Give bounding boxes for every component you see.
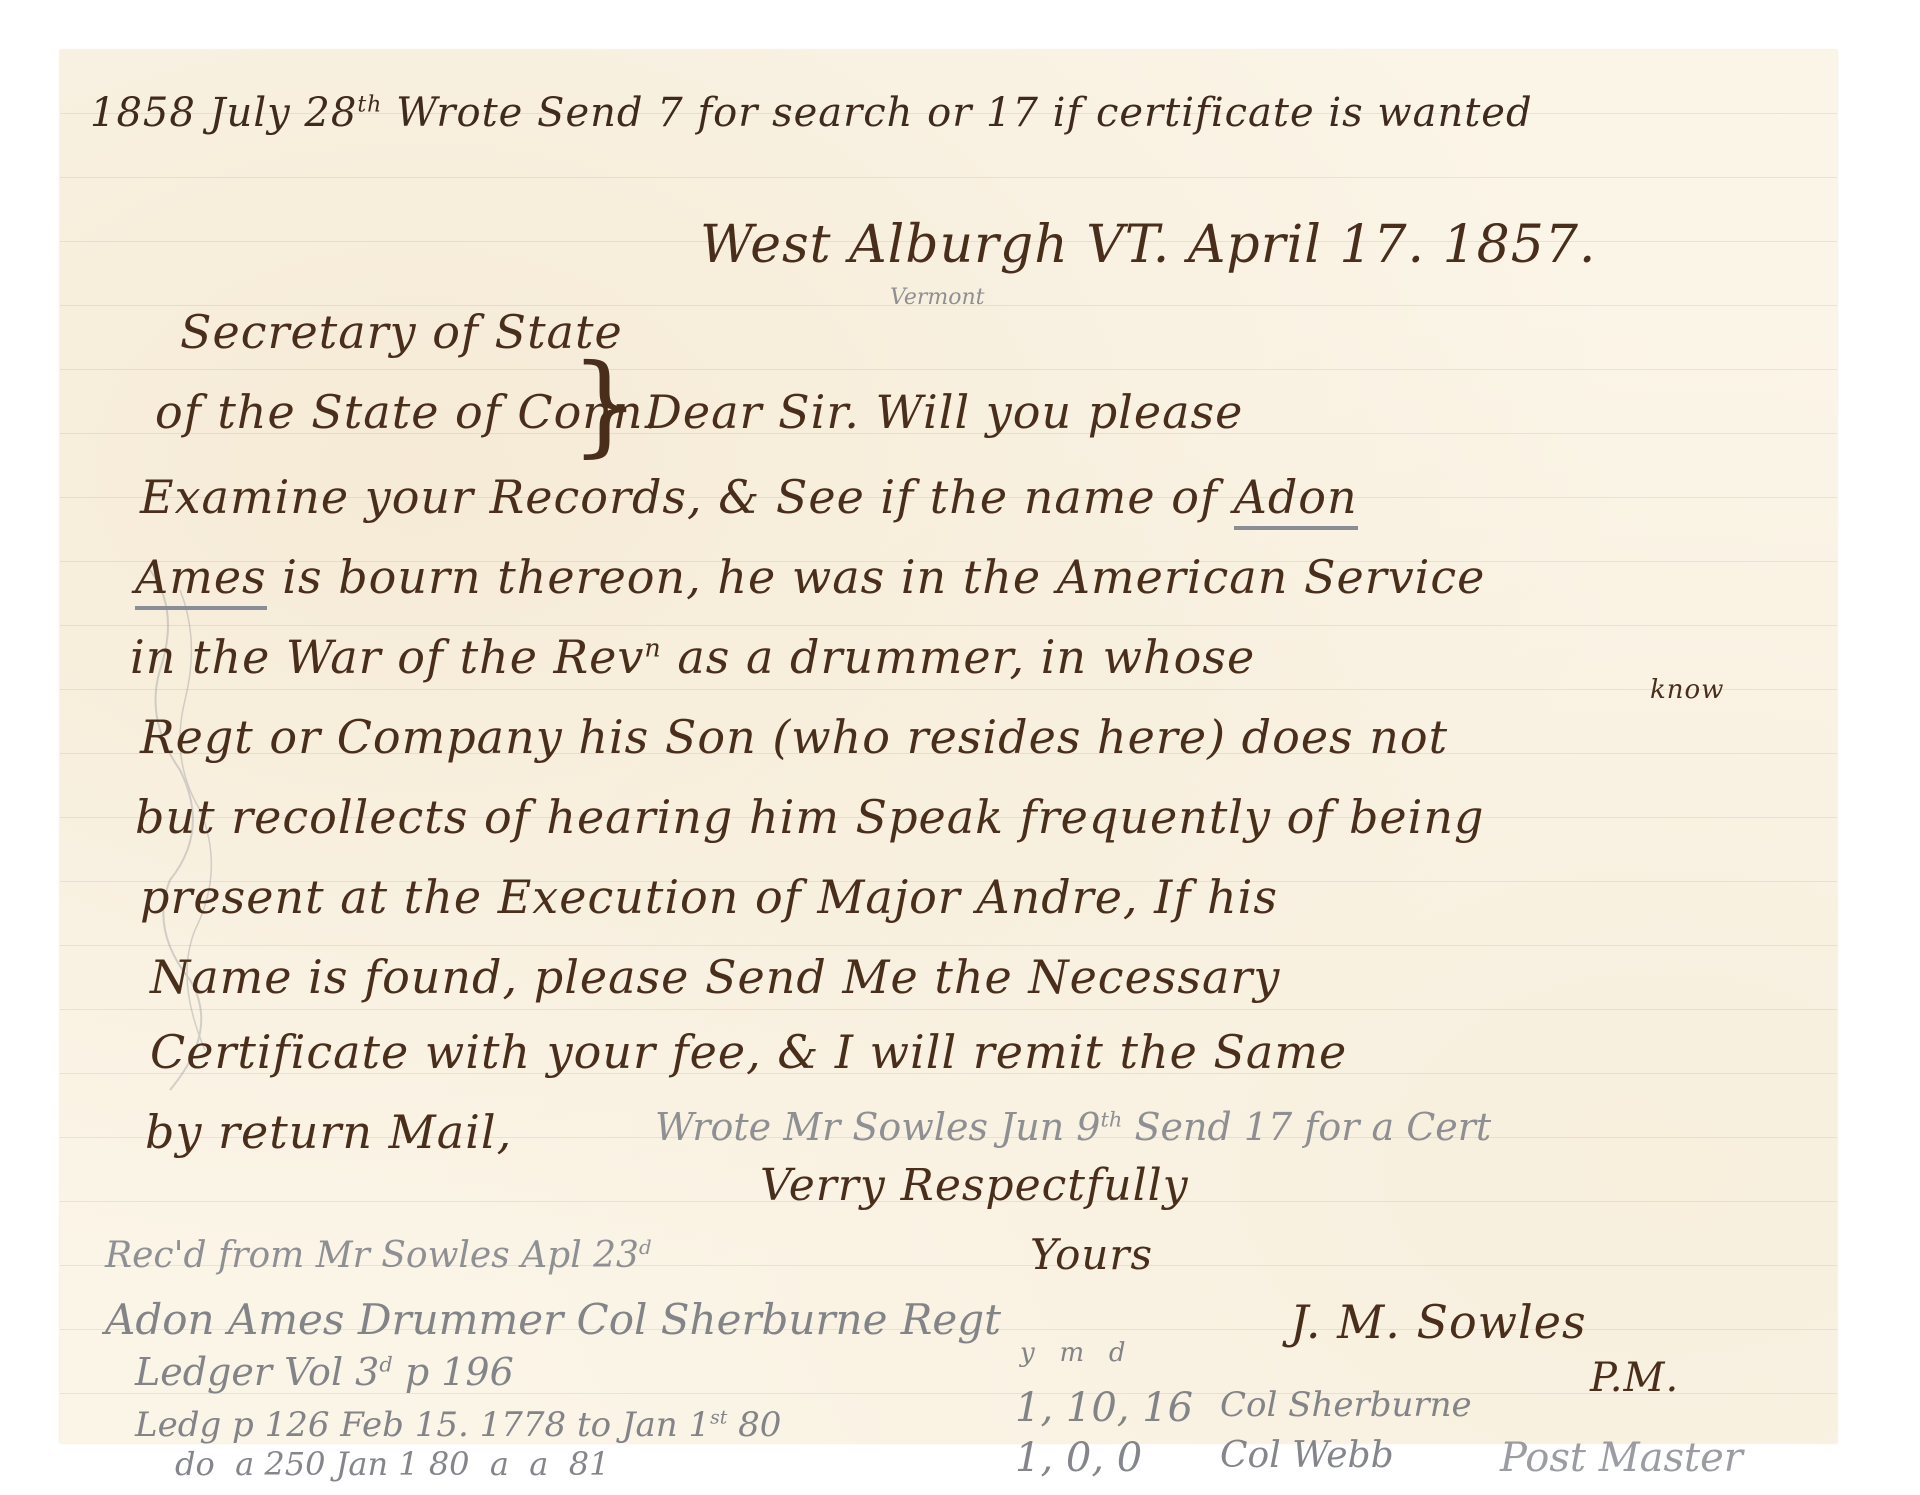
pencil-note-wrote-text: Wrote Mr Sowles Jun 9 [655, 1105, 1100, 1149]
body-line-3: Ames is bourn thereon, he was in the Ame… [135, 550, 1485, 604]
pencil-record-line-2-rest: p 196 [405, 1350, 514, 1394]
body-line-4: in the War of the Revn as a drummer, in … [130, 630, 1255, 684]
pencil-record-line-3-col: Col Sherburne [1220, 1385, 1472, 1425]
body-line-1: Dear Sir. Will you please [645, 385, 1243, 439]
pencil-received-note: Rec'd from Mr Sowles Apl 23d [105, 1235, 652, 1276]
dateline: West Alburgh VT. April 17. 1857. [700, 215, 1596, 275]
body-line-5: Regt or Company his Son (who resides her… [140, 710, 1448, 764]
pencil-record-line-1: Adon Ames Drummer Col Sherburne Regt [105, 1295, 1001, 1344]
pencil-record-line-4-values: 1, 0, 0 [1015, 1435, 1142, 1481]
header-date: July 28 [210, 90, 358, 136]
header-date-suffix: th [357, 93, 382, 118]
body-insertion-know: know [1650, 675, 1724, 705]
pencil-record-line-2-sup: d [379, 1352, 392, 1376]
body-line-2: Examine your Records, & See if the name … [140, 470, 1358, 524]
pencil-note-wrote: Wrote Mr Sowles Jun 9th Send 17 for a Ce… [655, 1105, 1491, 1149]
header-note: 1858 July 28th Wrote Send 7 for search o… [90, 90, 1533, 136]
header-rest: Wrote Send 7 for search or 17 if certifi… [396, 90, 1533, 136]
pencil-record-line-3-sup: st [710, 1408, 727, 1429]
pencil-record-header-ymd: y m d [1020, 1338, 1126, 1368]
pencil-note-wrote-rest: Send 17 for a Cert [1134, 1105, 1491, 1149]
pencil-record-line-2-text: Ledger Vol 3 [135, 1350, 379, 1394]
dateline-place: West Alburgh VT. [700, 215, 1170, 275]
body-line-7: present at the Execution of Major Andre,… [140, 870, 1278, 924]
pencil-record-line-4-col: Col Webb [1220, 1435, 1394, 1476]
header-year: 1858 [90, 90, 196, 136]
body-line-3-text: is bourn thereon, he was in the American… [282, 550, 1485, 604]
dateline-pencil-annotation: Vermont [890, 285, 985, 310]
pencil-received-text: Rec'd from Mr Sowles Apl 23 [105, 1235, 639, 1276]
pencil-postmaster: Post Master [1500, 1435, 1743, 1481]
addressee-line-1: Secretary of State [180, 305, 623, 359]
letter-paper: 1858 July 28th Wrote Send 7 for search o… [60, 50, 1837, 1443]
body-line-10: by return Mail, [145, 1105, 512, 1159]
body-line-4-text: in the War of the Rev [130, 630, 644, 684]
pencil-note-wrote-sup: th [1100, 1107, 1122, 1131]
body-line-9: Certificate with your fee, & I will remi… [150, 1025, 1347, 1079]
dateline-date: April 17. 1857. [1188, 215, 1597, 275]
signature-title: P.M. [1590, 1355, 1679, 1401]
pencil-record-line-3-text: Ledg p 126 Feb 15. 1778 to Jan 1 [135, 1405, 710, 1445]
pencil-record-line-4: do a 250 Jan 1 80 a a 81 [175, 1445, 609, 1483]
name-ames-underlined: Ames [135, 550, 267, 610]
closing-line: Verry Respectfully [760, 1160, 1189, 1211]
rev-superscript: n [644, 634, 661, 663]
signature: J. M. Sowles [1290, 1295, 1587, 1349]
pencil-record-line-2: Ledger Vol 3d p 196 [135, 1350, 514, 1394]
body-line-2-text: Examine your Records, & See if the name … [140, 470, 1218, 524]
pencil-record-line-3-values: 1, 10, 16 [1015, 1385, 1193, 1431]
pencil-record-line-3: Ledg p 126 Feb 15. 1778 to Jan 1st 80 [135, 1405, 781, 1445]
closing-yours: Yours [1030, 1230, 1153, 1279]
addressee-brace: } [570, 340, 640, 468]
body-line-8: Name is found, please Send Me the Necess… [150, 950, 1280, 1004]
pencil-record-line-3-rest: 80 [738, 1405, 781, 1445]
body-line-6: but recollects of hearing him Speak freq… [135, 790, 1484, 844]
body-line-4-rest: as a drummer, in whose [677, 630, 1255, 684]
name-adon-underlined: Adon [1234, 470, 1358, 530]
pencil-received-sup: d [639, 1236, 652, 1259]
